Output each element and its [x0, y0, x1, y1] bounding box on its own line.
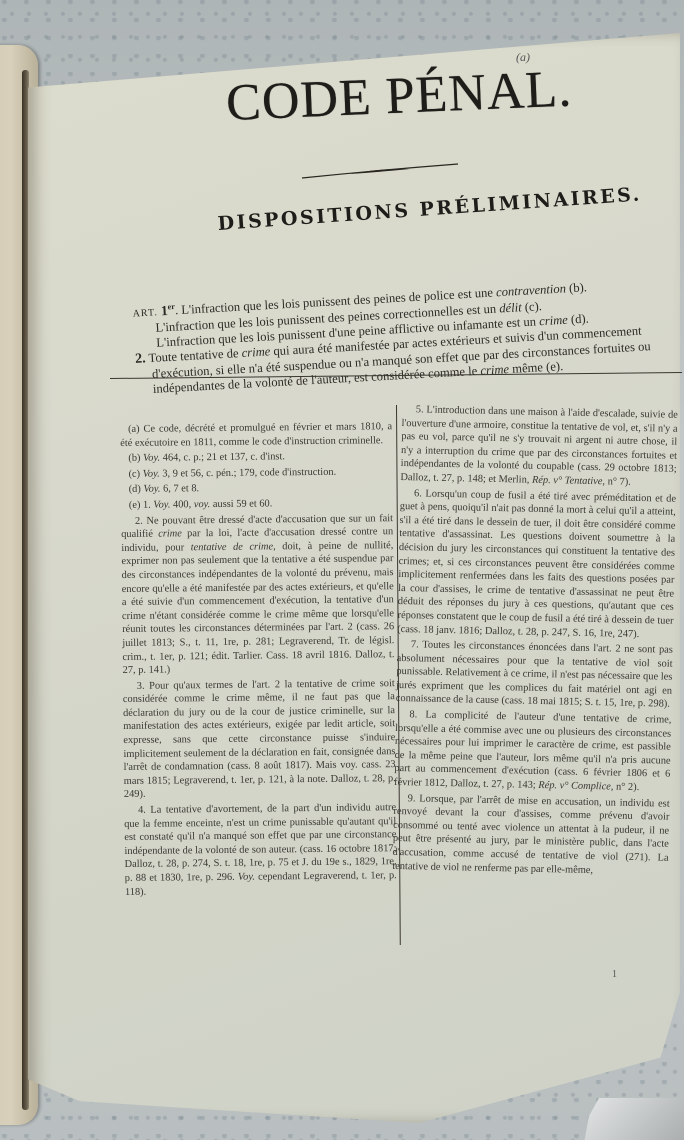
page-title: CODE PÉNAL. [225, 60, 573, 133]
note-5: 5. L'introduction dans une maison à l'ai… [400, 403, 678, 490]
ornamental-rule-icon [300, 158, 460, 182]
note-b: (b) Voy. 464, c. p.; 21 et 137, c. d'ins… [120, 449, 392, 465]
note-7: 7. Toutes les circonstances énoncées dan… [396, 638, 673, 712]
note-6: 6. Lorsqu'un coup de fusil a été tiré av… [397, 487, 676, 642]
note-8: 8. La complicité de l'auteur d'une tenta… [394, 708, 672, 795]
note-c: (c) Voy. 3, 9 et 56, c. pén.; 179, code … [120, 465, 392, 481]
article-number: 1er [160, 303, 175, 319]
note-2: 2. Ne pouvant être dressé d'acte d'accus… [121, 512, 395, 678]
page-number: 1 [612, 969, 617, 980]
notes-column-left: (a) Ce code, décrété et promulgué en fév… [120, 420, 397, 901]
note-e: (e) 1. Voy. 400, voy. aussi 59 et 60. [121, 496, 393, 512]
note-a: (a) Ce code, décrété et promulgué en fév… [120, 420, 392, 450]
notes-column-right: 5. L'introduction dans une maison à l'ai… [392, 403, 678, 881]
preliminary-articles: ART. 1er. L'infraction que les lois puni… [132, 272, 676, 397]
section-heading: DISPOSITIONS PRÉLIMINAIRES. [217, 183, 642, 235]
note-9: 9. Lorsque, par l'arrêt de mise en accus… [392, 792, 670, 879]
note-3: 3. Pour qu'aux termes de l'art. 2 la ten… [123, 677, 396, 802]
note-4: 4. La tentative d'avortement, de la part… [124, 801, 397, 899]
note-d: (d) Voy. 6, 7 et 8. [121, 481, 393, 497]
page-content: (a) CODE PÉNAL. DISPOSITIONS PRÉLIMINAIR… [0, 0, 684, 1140]
